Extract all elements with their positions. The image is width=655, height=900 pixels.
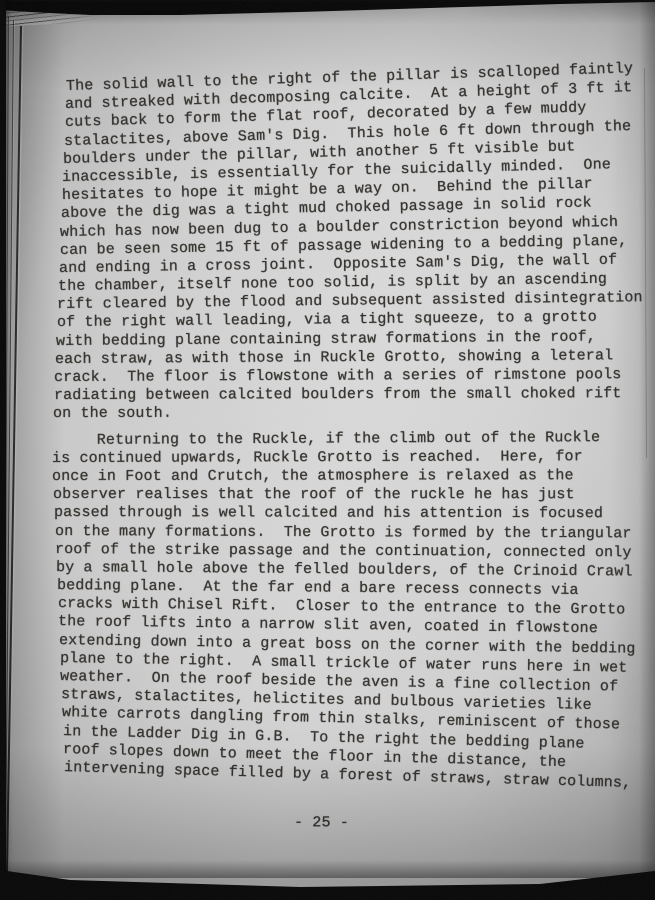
text-line: on the many formations. The Grotto is fo… [55, 523, 637, 544]
text-line: crack. The floor is flowstone with a ser… [54, 366, 637, 387]
paragraph-1: The solid wall to the right of the pilla… [56, 78, 637, 424]
page-edge-line [5, 20, 14, 886]
right-edge-shadow [639, 2, 655, 888]
page-edge-line [6, 26, 22, 884]
text-line: is continued upwards, Ruckle Grotto is r… [52, 448, 637, 468]
text-line: passed through is well calcited and his … [54, 504, 637, 523]
scan-left-edge [0, 0, 6, 900]
page-edge-line-right [644, 68, 647, 458]
page-number: - 25 - [294, 814, 637, 834]
paragraph-2: Returning to the Ruckle, if the climb ou… [56, 432, 637, 778]
text-line: radiating between calcited boulders from… [54, 385, 637, 405]
text-line: once in Foot and Crutch, the atmosphere … [52, 467, 637, 486]
text-line: observer realises that the roof of the r… [53, 486, 637, 504]
page-paper: The solid wall to the right of the pilla… [6, 2, 655, 888]
page-content: The solid wall to the right of the pilla… [56, 78, 637, 833]
scanned-book-page: The solid wall to the right of the pilla… [0, 0, 655, 900]
text-line: on the south. [53, 404, 637, 423]
text-line: Returning to the Ruckle, if the climb ou… [51, 428, 637, 449]
